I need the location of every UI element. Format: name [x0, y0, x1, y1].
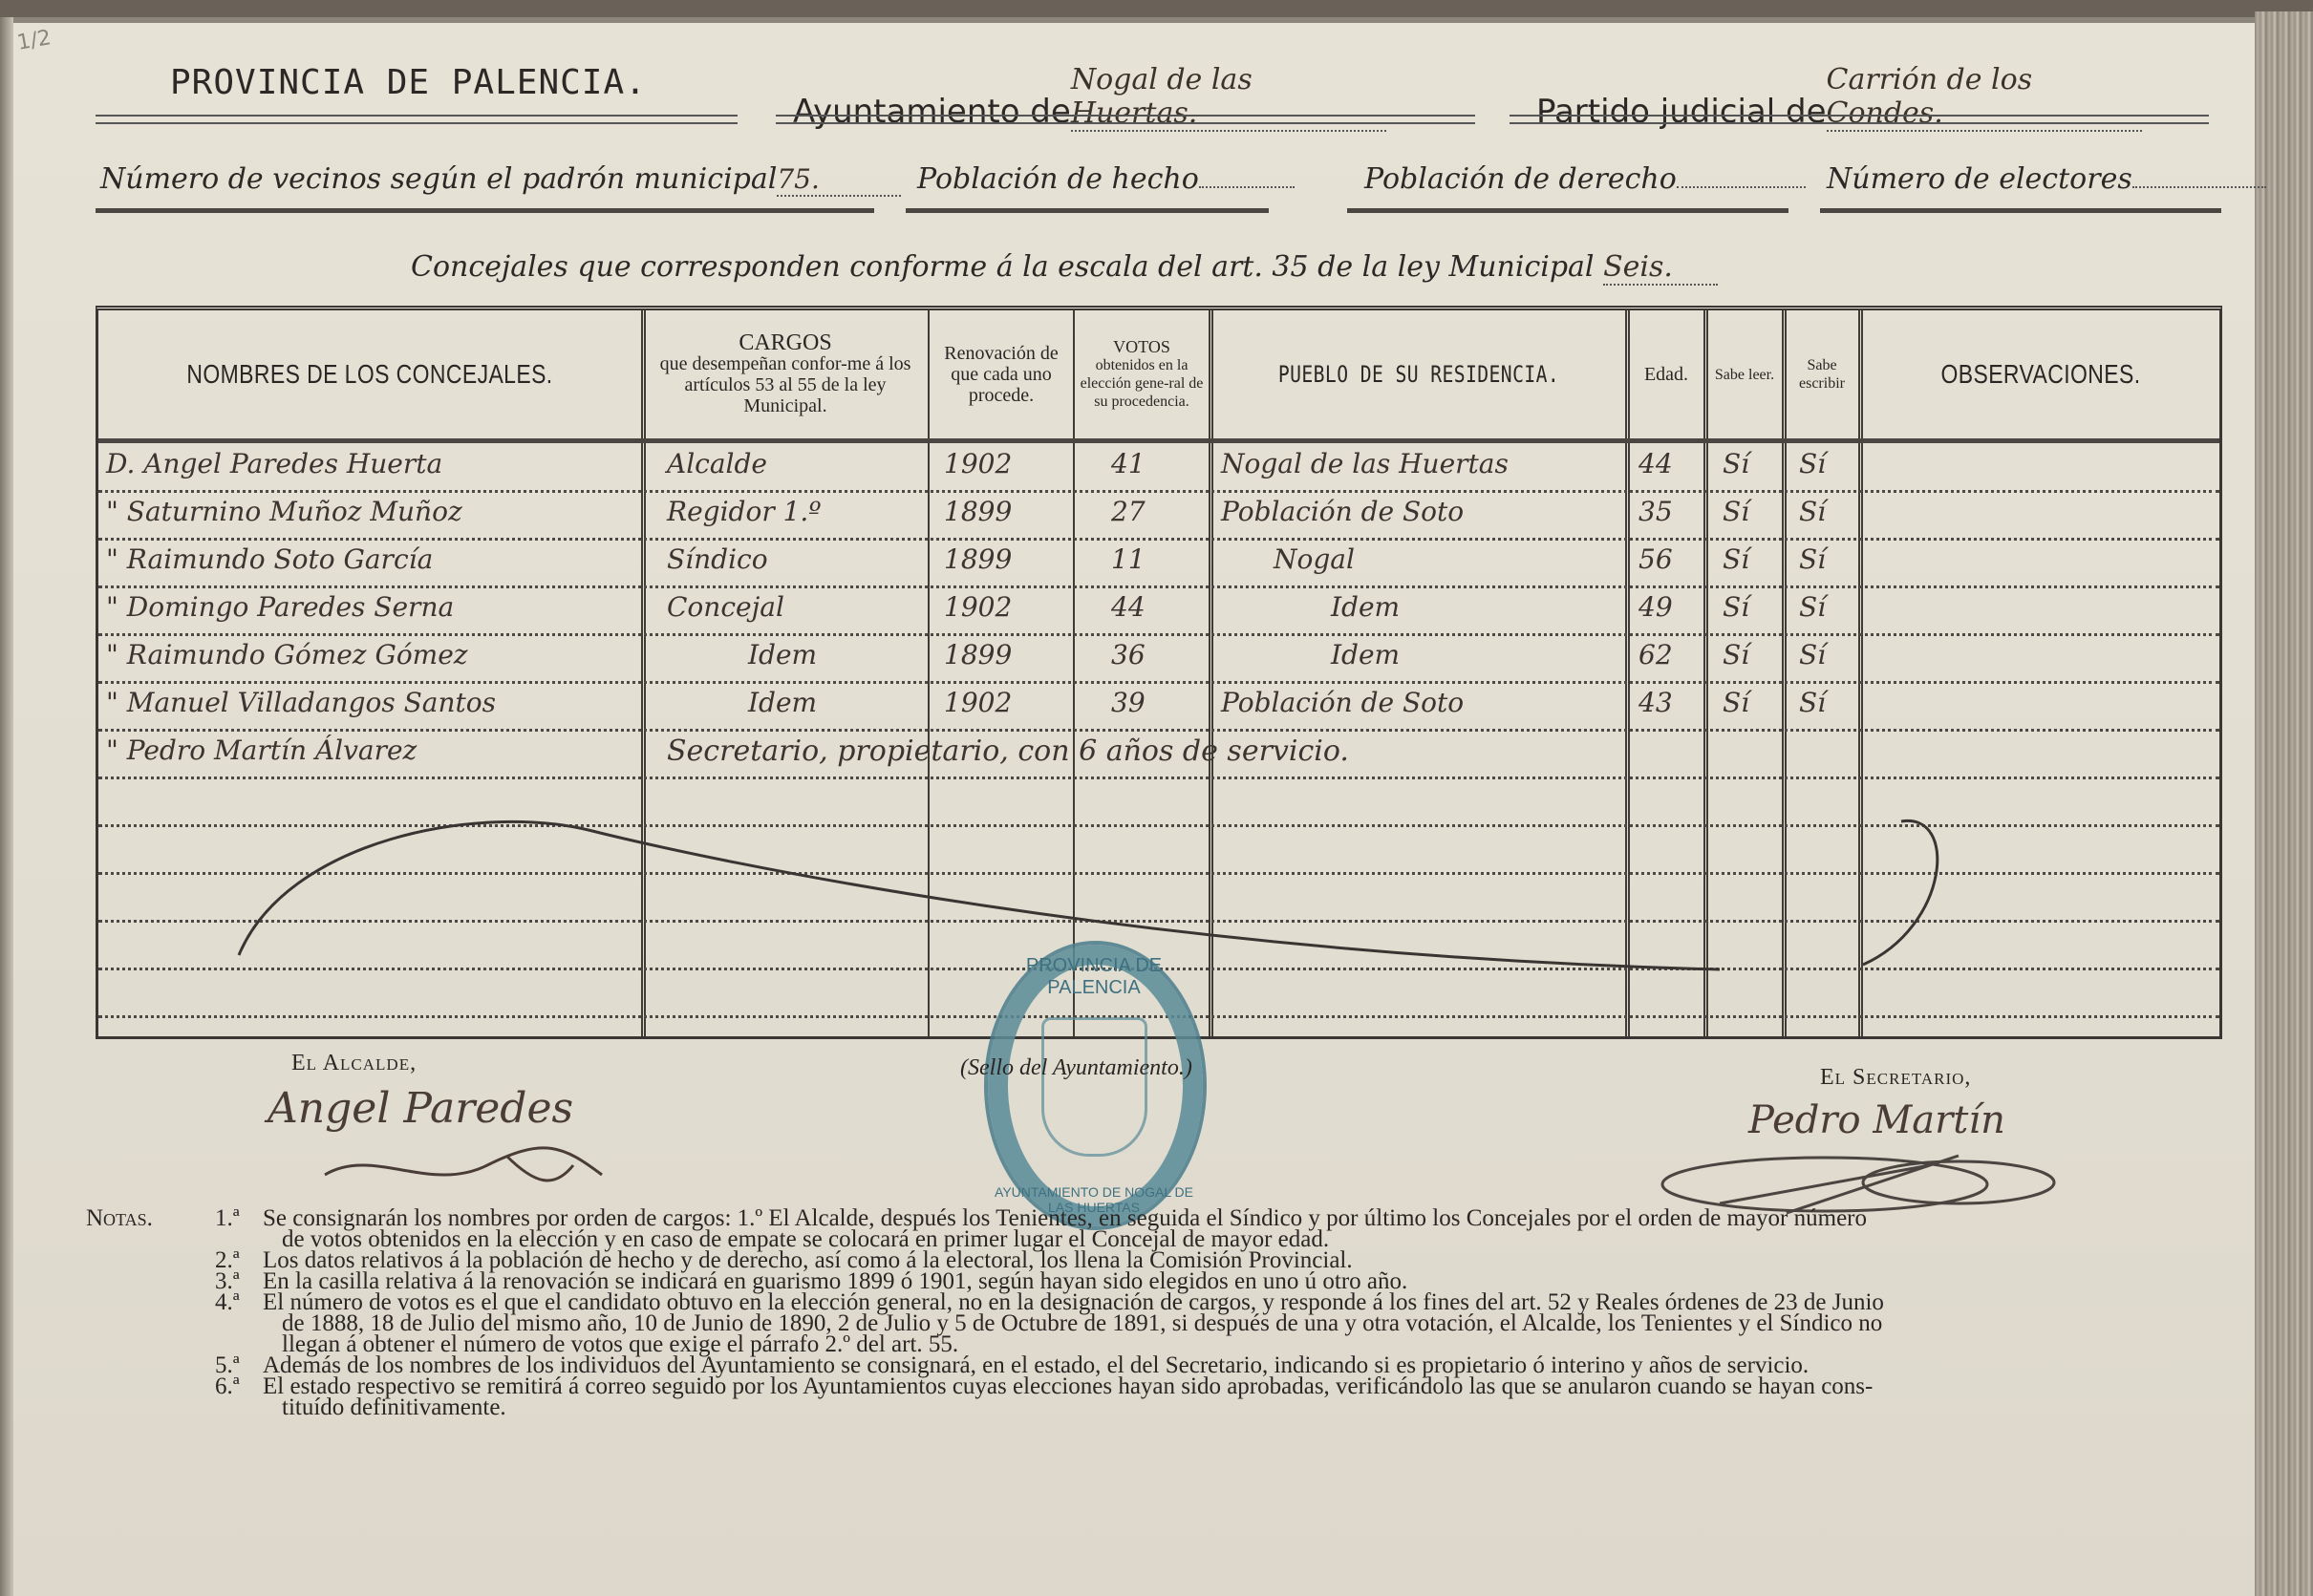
seal-crest-icon	[1041, 1017, 1147, 1157]
seal-text-top: PROVINCIA DE PALENCIA	[1008, 955, 1180, 999]
note-text: El estado respectivo se remitirá á corre…	[263, 1376, 2259, 1397]
secretario-signature: Pedro Martín	[1748, 1098, 2005, 1142]
alcalde-rubric-icon	[315, 1137, 640, 1194]
secretario-label: El Secretario,	[1820, 1065, 1971, 1091]
alcalde-label: El Alcalde,	[291, 1051, 417, 1076]
alcalde-signature: Angel Paredes	[268, 1084, 573, 1133]
note-number: 4.ª	[215, 1292, 253, 1313]
note-number: 1.ª	[215, 1208, 253, 1229]
notes-label: Notas.	[86, 1208, 153, 1229]
note-text-cont: tituído definitivamente.	[282, 1397, 2259, 1418]
seal-caption: (Sello del Ayuntamiento.)	[960, 1055, 1192, 1081]
note-number: 6.ª	[215, 1376, 253, 1397]
